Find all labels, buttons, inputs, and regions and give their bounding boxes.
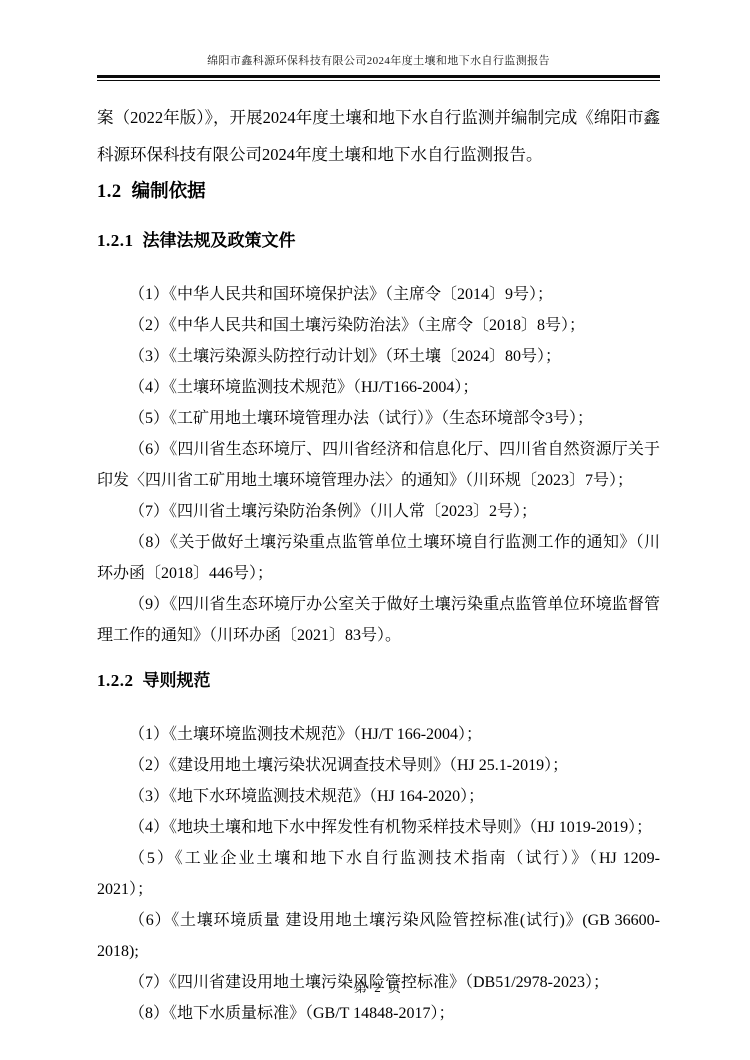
- list-item: （7）《四川省土壤污染防治条例》（川人常〔2023〕2号）；: [97, 496, 660, 527]
- subsection-1-2-1-title-text: 法律法规及政策文件: [143, 231, 296, 250]
- subsection-1-2-2-title-text: 导则规范: [143, 671, 211, 690]
- header-rule-thin-line: [97, 80, 660, 81]
- document-content: 案（2022年版）》，开展2024年度土壤和地下水自行监测并编制完成《绵阳市鑫科…: [97, 99, 660, 1029]
- list-item: （5）《工矿用地土壤环境管理办法（试行）》（生态环境部令3号）；: [97, 403, 660, 434]
- list-item: （4）《土壤环境监测技术规范》（HJ/T166-2004）；: [97, 372, 660, 403]
- list-item: （6）《土壤环境质量 建设用地土壤污染风险管控标准(试行)》(GB 36600-…: [97, 905, 660, 967]
- legal-documents-list: （1）《中华人民共和国环境保护法》（主席令〔2014〕9号）； （2）《中华人民…: [97, 279, 660, 651]
- section-1-2-number: 1.2: [97, 182, 122, 202]
- list-item: （2）《建设用地土壤污染状况调查技术导则》（HJ 25.1-2019）；: [97, 750, 660, 781]
- page-number: 第 2 页: [354, 980, 403, 995]
- section-1-2-title-text: 编制依据: [132, 182, 206, 202]
- list-item: （2）《中华人民共和国土壤污染防治法》（主席令〔2018〕8号）；: [97, 310, 660, 341]
- list-item: （6）《四川省生态环境厅、四川省经济和信息化厅、四川省自然资源厅关于印发〈四川省…: [97, 434, 660, 496]
- list-item: （3）《地下水环境监测技术规范》（HJ 164-2020）；: [97, 781, 660, 812]
- page-footer: 第 2 页: [97, 977, 660, 997]
- list-item: （3）《土壤污染源头防控行动计划》（环土壤〔2024〕80号）；: [97, 341, 660, 372]
- subsection-1-2-1-heading: 1.2.1法律法规及政策文件: [97, 229, 660, 253]
- header-rule-thick-line: [97, 75, 660, 78]
- section-1-2-heading: 1.2编制依据: [97, 179, 660, 205]
- list-item: （9）《四川省生态环境厅办公室关于做好土壤污染重点监管单位环境监督管理工作的通知…: [97, 589, 660, 651]
- list-item: （5）《工业企业土壤和地下水自行监测技术指南（试行）》（HJ 1209-2021…: [97, 843, 660, 905]
- list-item: （1）《土壤环境监测技术规范》（HJ/T 166-2004）；: [97, 719, 660, 750]
- intro-paragraph: 案（2022年版）》，开展2024年度土壤和地下水自行监测并编制完成《绵阳市鑫科…: [97, 99, 660, 173]
- subsection-1-2-2-heading: 1.2.2导则规范: [97, 669, 660, 693]
- list-item: （8）《地下水质量标准》（GB/T 14848-2017）；: [97, 998, 660, 1029]
- list-item: （4）《地块土壤和地下水中挥发性有机物采样技术导则》（HJ 1019-2019）…: [97, 812, 660, 843]
- subsection-1-2-2-number: 1.2.2: [97, 671, 134, 690]
- header-rule: [97, 75, 660, 81]
- document-page: 绵阳市鑫科源环保科技有限公司2024年度土壤和地下水自行监测报告 案（2022年…: [0, 0, 750, 1060]
- running-header-title: 绵阳市鑫科源环保科技有限公司2024年度土壤和地下水自行监测报告: [97, 52, 660, 68]
- subsection-1-2-1-number: 1.2.1: [97, 231, 134, 250]
- list-item: （1）《中华人民共和国环境保护法》（主席令〔2014〕9号）；: [97, 279, 660, 310]
- list-item: （8）《关于做好土壤污染重点监管单位土壤环境自行监测工作的通知》（川环办函〔20…: [97, 527, 660, 589]
- page-running-header: 绵阳市鑫科源环保科技有限公司2024年度土壤和地下水自行监测报告: [97, 52, 660, 81]
